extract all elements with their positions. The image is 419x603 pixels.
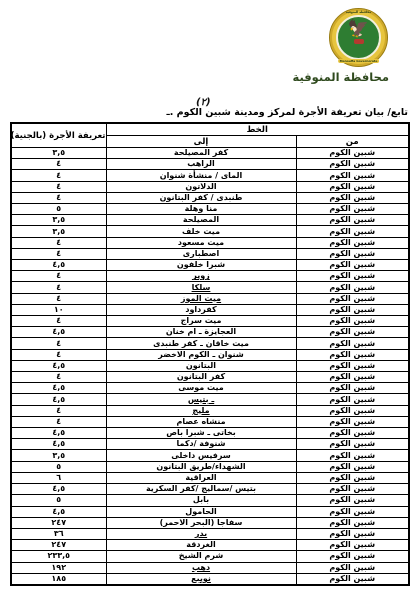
table-row: شبين الكومكفر المصيلحة٣,٥ [11,148,409,159]
destination-cell: شرم الشيخ [106,551,296,562]
destination-cell: ميت خاقان ـ كفر طنبدى [106,338,296,349]
table-row: شبين الكومشرم الشيخ٢٣٣,٥ [11,551,409,562]
from-cell: شبين الكوم [296,237,409,248]
table-row: شبين الكومالدلاتون٤ [11,181,409,192]
from-cell: شبين الكوم [296,450,409,461]
fare-cell: ١٠ [11,304,106,315]
fare-cell: ٣,٥ [11,215,106,226]
fare-cell: ٤ [11,271,106,282]
destination-cell: ميت مسعود [106,237,296,248]
destination-cell: كفر البتانون [106,372,296,383]
from-cell: شبين الكوم [296,327,409,338]
from-cell: شبين الكوم [296,416,409,427]
from-cell: شبين الكوم [296,338,409,349]
table-row: شبين الكومالحامول٤,٥ [11,506,409,517]
destination-cell: زوير [106,271,296,282]
fare-cell: ٤,٥ [11,383,106,394]
table-row: شبين الكومالعراقية٦ [11,472,409,483]
table-row: شبين الكومميت الموز٤ [11,293,409,304]
from-cell: شبين الكوم [296,159,409,170]
table-row: شبين الكومكفر البتانون٤ [11,372,409,383]
fare-cell: ٤,٥ [11,439,106,450]
destination-cell: شبرا خلفون [106,260,296,271]
table-row: شبين الكومدهب١٩٢ [11,562,409,573]
fare-cell: ٤,٥ [11,327,106,338]
fare-cell: ٥ [11,204,106,215]
from-cell: شبين الكوم [296,372,409,383]
fare-cell: ٣,٥ [11,450,106,461]
from-cell: شبين الكوم [296,316,409,327]
seal-inner-disc: 🦅 [336,15,381,60]
fare-cell: ١٨٥ [11,573,106,585]
column-header-to: إلى [106,136,296,148]
table-row: شبين الكومالبتانون٤,٥ [11,360,409,371]
destination-cell: بابل [106,495,296,506]
header-row-line: الخط تعريفة الأجرة (بالجنية) [11,123,409,136]
fare-cell: ٤,٥ [11,394,106,405]
fare-cell: ٥ [11,495,106,506]
destination-cell: الراهب [106,159,296,170]
destination-cell: ميت موسى [106,383,296,394]
destination-cell: مليج [106,405,296,416]
fare-cell: ٤ [11,416,106,427]
table-row: شبين الكومنويبع١٨٥ [11,573,409,585]
table-row: شبين الكومميت سراج٤ [11,316,409,327]
fare-table-container: الخط تعريفة الأجرة (بالجنية) من إلى شبين… [10,122,408,586]
destination-cell: نويبع [106,573,296,585]
from-cell: شبين الكوم [296,428,409,439]
table-row: شبين الكومالغردقة٢٤٧ [11,540,409,551]
fare-cell: ٤ [11,192,106,203]
fare-cell: ٤ [11,372,106,383]
from-cell: شبين الكوم [296,562,409,573]
table-row: شبين الكوممنشاه عصام٤ [11,416,409,427]
from-cell: شبين الكوم [296,383,409,394]
from-cell: شبين الكوم [296,517,409,528]
destination-cell: شنوفة /دكما [106,439,296,450]
table-row: شبين الكومبخاتى ـ شبرا باص٤,٥ [11,428,409,439]
from-cell: شبين الكوم [296,360,409,371]
fare-cell: ٤ [11,159,106,170]
column-header-fare: تعريفة الأجرة (بالجنية) [11,123,106,148]
destination-cell: العراقية [106,472,296,483]
table-row: شبين الكومشنوان ـ الكوم الاخضر٤ [11,349,409,360]
table-row: شبين الكوماصطبارى٤ [11,248,409,259]
destination-cell: الدلاتون [106,181,296,192]
fare-cell: ٣,٥ [11,148,106,159]
fare-cell: ٤ [11,293,106,304]
from-cell: شبين الكوم [296,349,409,360]
destination-cell: سفاجا (البحر الاحمر) [106,517,296,528]
destination-cell: منا وهلة [106,204,296,215]
table-row: شبين الكومميت مسعود٤ [11,237,409,248]
menoufia-governorate-seal: محافظة المنوفية 🦅 Menoufia Governorate [329,8,388,67]
table-row: شبين الكومشنوفة /دكما٤,٥ [11,439,409,450]
eagle-emblem-icon: 🦅 [348,21,369,38]
from-cell: شبين الكوم [296,461,409,472]
fare-cell: ٢٤٧ [11,540,106,551]
fare-cell: ٤ [11,181,106,192]
table-row: شبين الكومشبرا خلفون٤,٥ [11,260,409,271]
from-cell: شبين الكوم [296,394,409,405]
from-cell: شبين الكوم [296,192,409,203]
table-row: شبين الكومسلكا٤ [11,282,409,293]
table-row: شبين الكومبابل٥ [11,495,409,506]
destination-cell: سلكا [106,282,296,293]
from-cell: شبين الكوم [296,573,409,585]
from-cell: شبين الكوم [296,484,409,495]
destination-cell: الحامول [106,506,296,517]
table-row: شبين الكومبتيس /سماليج /كفر السكرية٤,٥ [11,484,409,495]
table-row: شبين الكومطنبدى / كفر البتانون٤ [11,192,409,203]
column-header-line: الخط [106,123,409,136]
fare-cell: ٣٦ [11,528,106,539]
from-cell: شبين الكوم [296,472,409,483]
destination-cell: البتانون [106,360,296,371]
from-cell: شبين الكوم [296,551,409,562]
from-cell: شبين الكوم [296,204,409,215]
governorate-name: محافظة المنوفية [292,70,389,84]
fare-cell: ١٩٢ [11,562,106,573]
fare-cell: ٤ [11,237,106,248]
destination-cell: ميت الموز [106,293,296,304]
table-row: شبين الكومميت خاقان ـ كفر طنبدى٤ [11,338,409,349]
fare-cell: ٤ [11,170,106,181]
table-row: شبين الكومزوير٤ [11,271,409,282]
fare-cell: ٤,٥ [11,360,106,371]
table-row: شبين الكوممنا وهلة٥ [11,204,409,215]
from-cell: شبين الكوم [296,304,409,315]
fare-cell: ٤,٥ [11,260,106,271]
destination-cell: بتيس /سماليج /كفر السكرية [106,484,296,495]
destination-cell: الماى / منشأة شنوان [106,170,296,181]
destination-cell: كفر المصيلحة [106,148,296,159]
destination-cell: طنبدى / كفر البتانون [106,192,296,203]
fare-cell: ٤ [11,316,106,327]
destination-cell: سرفيس داخلى [106,450,296,461]
fare-cell: ٤ [11,282,106,293]
destination-cell: اصطبارى [106,248,296,259]
table-row: شبين الكومكفرداود١٠ [11,304,409,315]
fare-cell: ٢٤٧ [11,517,106,528]
destination-cell: العجايزة ـ ام خنان [106,327,296,338]
table-row: شبين الكومسفاجا (البحر الاحمر)٢٤٧ [11,517,409,528]
table-row: شبين الكومالعجايزة ـ ام خنان٤,٥ [11,327,409,338]
table-row: شبين الكومالماى / منشأة شنوان٤ [11,170,409,181]
fare-cell: ٤ [11,349,106,360]
table-row: شبين الكومالشهداء/طريق البتانون٥ [11,461,409,472]
table-row: شبين الكومميت موسى٤,٥ [11,383,409,394]
from-cell: شبين الكوم [296,181,409,192]
fare-cell: ٤ [11,338,106,349]
fare-cell: ٤ [11,405,106,416]
seal-band-text: Menoufia Governorate [338,59,380,63]
from-cell: شبين الكوم [296,170,409,181]
fare-cell: ٥ [11,461,106,472]
document-title: تابع/ بيان تعريفة الأجرة لمركز ومدينة شب… [68,107,408,118]
fare-cell: ٤,٥ [11,484,106,495]
table-row: شبين الكومـ بتيس٤,٥ [11,394,409,405]
from-cell: شبين الكوم [296,271,409,282]
table-row: شبين الكومالراهب٤ [11,159,409,170]
from-cell: شبين الكوم [296,439,409,450]
destination-cell: بخاتى ـ شبرا باص [106,428,296,439]
from-cell: شبين الكوم [296,215,409,226]
destination-cell: شنوان ـ الكوم الاخضر [106,349,296,360]
from-cell: شبين الكوم [296,148,409,159]
from-cell: شبين الكوم [296,226,409,237]
table-row: شبين الكوممليج٤ [11,405,409,416]
fare-cell: ٢٣٣,٥ [11,551,106,562]
table-row: شبين الكومسرفيس داخلى٣,٥ [11,450,409,461]
destination-cell: المصيلحة [106,215,296,226]
destination-cell: كفرداود [106,304,296,315]
fare-cell: ٤,٥ [11,506,106,517]
from-cell: شبين الكوم [296,260,409,271]
from-cell: شبين الكوم [296,405,409,416]
table-row: شبين الكومميت خلف٣,٥ [11,226,409,237]
destination-cell: الشهداء/طريق البتانون [106,461,296,472]
seal-arc-text: محافظة المنوفية [346,10,371,14]
from-cell: شبين الكوم [296,528,409,539]
from-cell: شبين الكوم [296,293,409,304]
from-cell: شبين الكوم [296,506,409,517]
fare-cell: ٤ [11,248,106,259]
seal-red-shield [354,39,364,44]
destination-cell: دهب [106,562,296,573]
destination-cell: منشاه عصام [106,416,296,427]
document-page: محافظة المنوفية 🦅 Menoufia Governorate م… [0,0,419,603]
fare-cell: ٦ [11,472,106,483]
fare-table-body: شبين الكومكفر المصيلحة٣,٥شبين الكومالراه… [11,148,409,586]
destination-cell: بدر [106,528,296,539]
destination-cell: ميت خلف [106,226,296,237]
fare-cell: ٣,٥ [11,226,106,237]
from-cell: شبين الكوم [296,248,409,259]
from-cell: شبين الكوم [296,540,409,551]
from-cell: شبين الكوم [296,495,409,506]
column-header-from: من [296,136,409,148]
table-row: شبين الكومبدر٣٦ [11,528,409,539]
destination-cell: ـ بتيس [106,394,296,405]
fare-table: الخط تعريفة الأجرة (بالجنية) من إلى شبين… [10,122,410,586]
table-row: شبين الكومالمصيلحة٣,٥ [11,215,409,226]
from-cell: شبين الكوم [296,282,409,293]
destination-cell: الغردقة [106,540,296,551]
destination-cell: ميت سراج [106,316,296,327]
fare-cell: ٤,٥ [11,428,106,439]
